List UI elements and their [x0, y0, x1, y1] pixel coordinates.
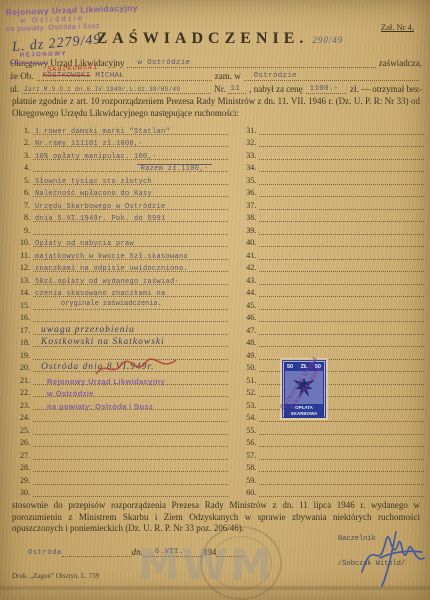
item-number: 38. — [236, 213, 259, 222]
item-number: 16. — [10, 313, 33, 322]
item-number: 46. — [236, 313, 259, 322]
item-number: 20. — [10, 363, 33, 372]
item-number: 41. — [236, 251, 259, 260]
dotted-line — [259, 259, 424, 273]
item-number: 59. — [236, 476, 259, 485]
dotted-line — [33, 459, 228, 473]
dotted-line — [259, 234, 424, 248]
office-name-stack: REJONOWY Okręgowy — [10, 58, 48, 68]
dotted-line — [259, 434, 424, 448]
dotted-line: czenia skasowano znaczkami naoryginale z… — [33, 284, 228, 298]
item-number: 33. — [236, 151, 259, 160]
item-number: 23. — [10, 401, 33, 410]
typed-office-place: w Ostródzie — [137, 59, 190, 67]
dotted-line — [259, 346, 424, 360]
dotted-line: 11 — [228, 82, 246, 94]
dotted-line: 10% opłaty manipulac. 100,- — [33, 146, 228, 160]
dotted-line: Ostródzie — [244, 69, 419, 81]
item-number: 34. — [236, 163, 259, 172]
legal-basis-paragraph: płatnie zgodnie z art. 10 rozporządzenie… — [12, 95, 420, 119]
dotted-line — [33, 309, 228, 323]
dotted-line: 50zł.opłaty od wydanego zaświad- — [33, 271, 228, 285]
typed-house-number: 11 — [230, 85, 240, 93]
item-number: 10. — [10, 238, 33, 247]
attachment-label: Zał. Nr 4. — [381, 22, 414, 32]
item-number: 7. — [10, 201, 33, 210]
dotted-line: Należność wpłacono do Kasy — [33, 184, 228, 198]
stamp-value-left: 50 — [287, 364, 293, 370]
dotted-line: 1100.- — [306, 82, 347, 94]
dotted-line — [259, 309, 424, 323]
dotted-line — [259, 146, 424, 160]
intro-line-street-price: ul. Zarz.M.S.O.z dn.6.IV.1949r.L.dz.39/H… — [10, 81, 422, 94]
dotted-line — [259, 209, 424, 223]
dotted-line: Kostkowski na Skatkowski — [33, 334, 228, 348]
dotted-line: Urzędu Skarbowego w Ostródzie — [33, 196, 228, 210]
item-number: 29. — [10, 476, 33, 485]
ink-signature — [352, 524, 430, 588]
citizen-label: że Ob. — [10, 71, 34, 81]
dotted-line — [259, 459, 424, 473]
item-number: 51. — [236, 376, 259, 385]
item-number: 35. — [236, 176, 259, 185]
item-number: 39. — [236, 226, 259, 235]
dotted-line: majątkowych w kwocie 5zł.skasowano — [33, 246, 228, 260]
item-number: 27. — [10, 451, 33, 460]
dotted-line: dnia 5.VI.1949r. Pok. do 5991 — [33, 209, 228, 223]
list-column-left: 1.1 rower damski marki "Statlan"2.Nr.ram… — [10, 122, 228, 497]
document-title: ZAŚWIADCZENIE. — [97, 30, 309, 47]
intro-line-citizen: że Ob. Skatkowski KOSTKOWSKI MICHAŁ zam.… — [10, 68, 422, 81]
item-number: 18. — [10, 338, 33, 347]
dotted-line — [259, 134, 424, 148]
dotted-line: znaczkami na odpisie uwidoczniono. — [33, 259, 228, 273]
archive-watermark: MWM — [138, 540, 274, 589]
number-label: Nr. — [214, 84, 225, 94]
item-number: 57. — [236, 451, 259, 460]
typed-street-note: Zarz.M.S.O.z dn.6.IV.1949r.L.dz.39/HS/49 — [24, 86, 180, 93]
dotted-line: Nr.ramy 111101 zł.1000,- — [33, 134, 228, 148]
dotted-line: w Ostródzie — [33, 384, 228, 398]
dotted-line — [259, 184, 424, 198]
dotted-line — [259, 484, 424, 498]
item-number: 47. — [236, 326, 259, 335]
item-number: 55. — [236, 426, 259, 435]
typed-first-name: MICHAŁ — [95, 72, 124, 80]
dotted-line — [259, 284, 424, 298]
certificate-document: Rejonowy Urząd Likwidacyjny w Ostródzie … — [0, 0, 430, 600]
item-number: 4. — [10, 163, 33, 172]
handwritten-case-number: 290/49 — [312, 35, 343, 45]
name-stack: Skatkowski KOSTKOWSKI — [43, 72, 91, 80]
item-text-continued: oryginale zaświadczenia. — [61, 300, 162, 308]
item-number: 1. — [10, 126, 33, 135]
item-number: 26. — [10, 438, 33, 447]
dotted-line — [33, 421, 228, 435]
dotted-line: Słownie tysiąc sto złotych — [33, 171, 228, 185]
item-number: 3. — [10, 151, 33, 160]
item-number: 15. — [10, 301, 33, 310]
typed-price: 1100.- — [310, 85, 339, 93]
item-number: 30. — [10, 488, 33, 497]
item-number: 13. — [10, 276, 33, 285]
dotted-line — [259, 221, 424, 235]
item-number: 32. — [236, 138, 259, 147]
dotted-line: w Ostródzie — [127, 56, 375, 68]
bought-label: , nabył za cenę — [249, 84, 302, 94]
item-number: 54. — [236, 413, 259, 422]
dotted-line — [33, 221, 228, 235]
dotted-line — [259, 121, 424, 135]
dotted-line — [259, 159, 424, 173]
item-number: 48. — [236, 338, 259, 347]
typed-place: Ostróda — [28, 549, 62, 557]
item-number: 31. — [236, 126, 259, 135]
dotted-line: Razem zł.1100,- — [33, 159, 228, 173]
item-number: 11. — [10, 251, 33, 260]
dotted-line — [33, 484, 228, 498]
item-number: 8. — [10, 213, 33, 222]
item-number: 25. — [10, 426, 33, 435]
list-row: 30. — [10, 485, 228, 498]
item-number: 44. — [236, 288, 259, 297]
item-number: 37. — [236, 201, 259, 210]
dotted-line — [62, 545, 132, 557]
item-number: 42. — [236, 263, 259, 272]
red-ink-scribble — [92, 352, 182, 382]
dotted-line — [259, 246, 424, 260]
dotted-line — [33, 471, 228, 485]
printer-imprint: Druk. „Zagon” Olsztyn. L. 739 — [12, 572, 99, 580]
dotted-line: uwaga przerobienia — [33, 321, 228, 335]
item-number: 17. — [10, 326, 33, 335]
dotted-line — [33, 434, 228, 448]
item-number: 60. — [236, 488, 259, 497]
dotted-line — [259, 296, 424, 310]
dotted-line — [259, 446, 424, 460]
item-number: 36. — [236, 188, 259, 197]
dotted-line: na powiaty: Ostróda i Susz — [33, 396, 228, 410]
item-number: 52. — [236, 388, 259, 397]
item-number: 28. — [10, 463, 33, 472]
item-number: 19. — [10, 351, 33, 360]
movables-list: 1.1 rower damski marki "Statlan"2.Nr.ram… — [10, 122, 424, 497]
item-number: 5. — [10, 176, 33, 185]
item-number: 6. — [10, 188, 33, 197]
street-label: ul. — [10, 84, 19, 94]
citizen-name-group: Skatkowski KOSTKOWSKI MICHAŁ — [43, 72, 125, 80]
title-row: ZAŚWIADCZENIE. 290/49 — [80, 30, 360, 48]
after-price-label: zł. — otrzymał bez- — [350, 84, 422, 94]
item-number: 12. — [10, 263, 33, 272]
residence-label: zam. w — [215, 71, 241, 81]
item-number: 53. — [236, 401, 259, 410]
dotted-line — [33, 446, 228, 460]
dotted-line — [33, 409, 228, 423]
item-number: 40. — [236, 238, 259, 247]
item-number: 45. — [236, 301, 259, 310]
item-number: 14. — [10, 288, 33, 297]
typed-residence: Ostródzie — [254, 72, 297, 80]
dotted-line — [259, 171, 424, 185]
item-number: 43. — [236, 276, 259, 285]
item-number: 2. — [10, 138, 33, 147]
dotted-line — [259, 196, 424, 210]
dotted-line: Opłaty od nabycia praw — [33, 234, 228, 248]
dotted-line: 1 rower damski marki "Statlan" — [33, 121, 228, 135]
certifies-label: zaświadcza, — [379, 58, 422, 68]
item-number: 9. — [10, 226, 33, 235]
item-number: 58. — [236, 463, 259, 472]
dotted-line — [259, 271, 424, 285]
item-number: 22. — [10, 388, 33, 397]
item-number: 50. — [236, 363, 259, 372]
struck-okregowy: Okręgowy — [10, 58, 48, 68]
item-number: 49. — [236, 351, 259, 360]
dotted-line — [259, 471, 424, 485]
dotted-line: Zarz.M.S.O.z dn.6.IV.1949r.L.dz.39/HS/49 — [22, 82, 211, 94]
item-number: 21. — [10, 376, 33, 385]
dotted-line: Skatkowski KOSTKOWSKI MICHAŁ — [37, 69, 212, 81]
list-row: 60. — [236, 485, 424, 498]
item-number: 24. — [10, 413, 33, 422]
intro-section: REJONOWY Okręgowy Urząd Likwidacyjny w O… — [10, 55, 422, 94]
